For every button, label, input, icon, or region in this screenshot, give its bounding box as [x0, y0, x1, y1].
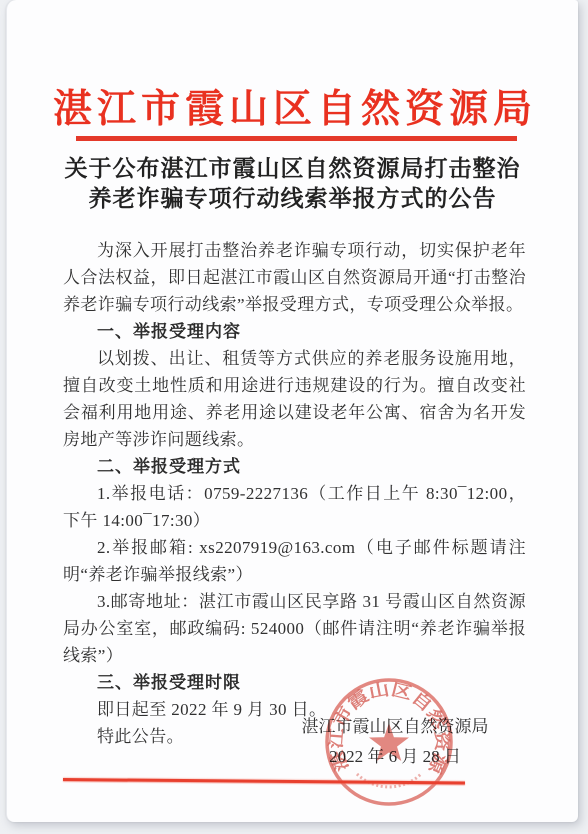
seal-arc-text: 湛江市霞山区自然资源局: [321, 674, 452, 778]
section-1-heading: 一、举报受理内容: [63, 318, 526, 345]
document-title-line1: 关于公布湛江市霞山区自然资源局打击整治: [27, 154, 558, 184]
intro-paragraph: 为深入开展打击整治养老诈骗专项行动，切实保护老年人合法权益，即日起湛江市霞山区自…: [63, 237, 526, 318]
report-phone-paragraph: 1.举报电话：0759-2227136（工作日上午 8:30¯12:00，下午 …: [63, 480, 526, 534]
agency-header-title: 湛江市霞山区自然资源局: [7, 78, 578, 134]
report-mail-address-paragraph: 3.邮寄地址：湛江市霞山区民享路 31 号霞山区自然资源局办公室室，邮政编码: …: [63, 588, 526, 669]
report-email-paragraph: 2.举报邮箱: xs2207919@163.com（电子邮件标题请注明“养老诈骗…: [63, 534, 526, 588]
header-divider-rule: [76, 136, 517, 141]
section-2-heading: 二、举报受理方式: [63, 453, 526, 480]
document-title: 关于公布湛江市霞山区自然资源局打击整治 养老诈骗专项行动线索举报方式的公告: [27, 154, 558, 214]
official-seal: 湛江市霞山区自然资源局: [321, 674, 457, 810]
red-star-icon: [369, 723, 409, 761]
scanned-document-page: 湛江市霞山区自然资源局 关于公布湛江市霞山区自然资源局打击整治 养老诈骗专项行动…: [6, 0, 578, 822]
section-1-paragraph: 以划拨、出让、租赁等方式供应的养老服务设施用地，擅自改变土地性质和用途进行违规建…: [63, 345, 526, 453]
document-title-line2: 养老诈骗专项行动线索举报方式的公告: [27, 184, 558, 214]
